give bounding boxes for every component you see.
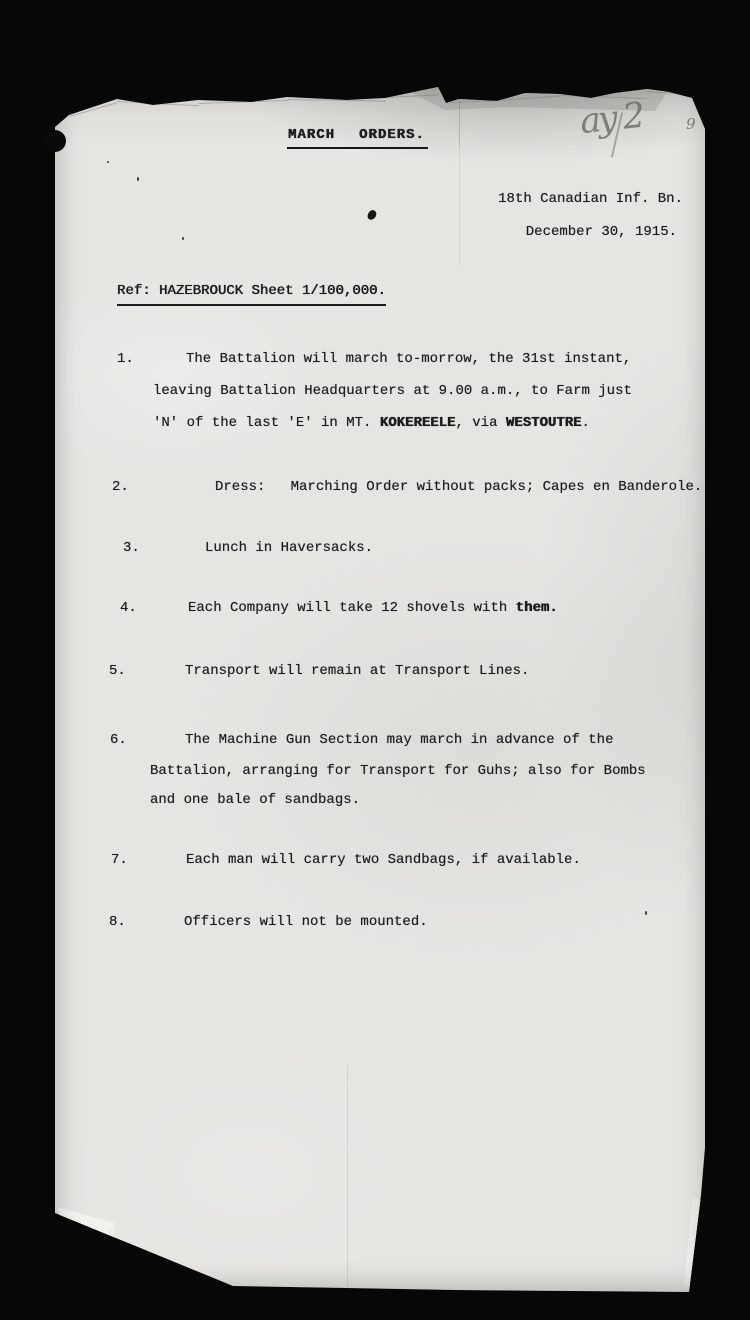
item-3-number: 3. — [123, 540, 140, 557]
torn-edge-crease — [288, 99, 386, 102]
title-word: ORDERS. — [359, 127, 425, 143]
item-8-text: Officers will not be mounted. — [184, 914, 428, 931]
fold-crease — [459, 88, 460, 146]
document-date: December 30, 1915. — [526, 224, 677, 241]
item-8-number: 8. — [109, 914, 126, 931]
place-name-bold: WESTOUTRE — [506, 415, 582, 431]
fold-crease — [459, 146, 460, 266]
item-3-text: Lunch in Haversacks. — [205, 540, 373, 557]
place-name-bold: KOKEREELE — [380, 415, 456, 431]
unit-name: 18th Canadian Inf. Bn. — [498, 191, 683, 208]
torn-edge-crease — [69, 102, 117, 117]
title-word: MARCH — [288, 127, 335, 143]
item-1-text: leaving Battalion Headquarters at 9.00 a… — [153, 383, 632, 400]
paper-speck — [107, 161, 109, 163]
paper-speck — [182, 237, 184, 240]
item-1-text: 'N' of the last 'E' in MT. KOKEREELE, vi… — [153, 415, 590, 432]
scan-background: { "colors": { "background": "#070707", "… — [0, 0, 750, 1320]
item-2-number: 2. — [112, 479, 129, 496]
folded-corner — [682, 1195, 706, 1292]
item-4-number: 4. — [120, 600, 137, 617]
item-6-number: 6. — [110, 732, 127, 749]
document-page: MARCHORDERS. ay 2 9 18th Canadian Inf. B… — [55, 85, 706, 1292]
item-6-text: The Machine Gun Section may march in adv… — [185, 732, 613, 749]
paper-speck — [645, 911, 647, 915]
folded-corner — [57, 1207, 117, 1272]
emphasized-word: them. — [516, 600, 558, 616]
item-7-number: 7. — [111, 852, 128, 869]
item-1-text: The Battalion will march to-morrow, the … — [186, 351, 631, 368]
torn-edge-crease — [117, 101, 199, 106]
item-7-text: Each man will carry two Sandbags, if ava… — [186, 852, 581, 869]
ink-blot — [367, 209, 378, 221]
folded-corner — [77, 1223, 117, 1279]
paper-speck — [137, 177, 139, 181]
torn-edge-crease — [199, 100, 289, 104]
item-5-number: 5. — [109, 663, 126, 680]
document-title: MARCHORDERS. — [287, 127, 428, 149]
item-6-text: Battalion, arranging for Transport for G… — [150, 763, 646, 780]
handwritten-annotation: ay 2 — [578, 96, 644, 142]
item-6-text: and one bale of sandbags. — [150, 792, 360, 809]
item-4-text: Each Company will take 12 shovels with t… — [188, 600, 558, 617]
item-2-text: Dress: Marching Order without packs; Cap… — [215, 479, 702, 496]
page-number: 9 — [686, 115, 696, 133]
fold-crease — [347, 1065, 348, 1287]
map-reference: Ref: HAZEBROUCK Sheet 1/100,000. — [117, 283, 386, 306]
hole-punch — [44, 130, 66, 152]
item-5-text: Transport will remain at Transport Lines… — [185, 663, 529, 680]
item-1-number: 1. — [117, 351, 134, 368]
